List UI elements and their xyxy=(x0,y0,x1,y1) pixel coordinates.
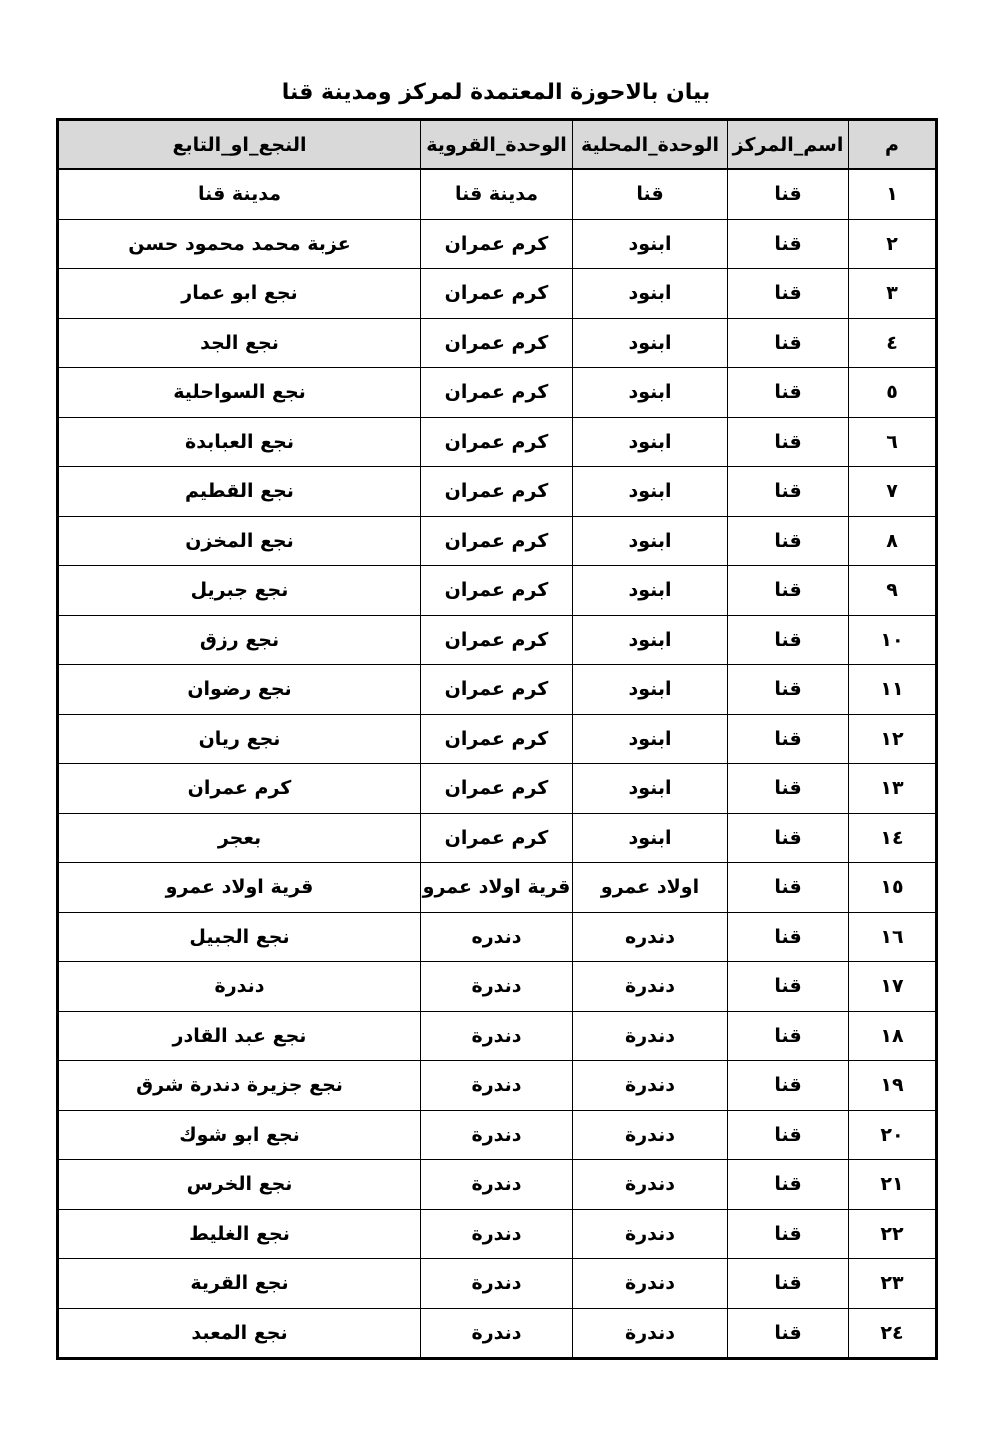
cell-m: ١٠ xyxy=(849,615,937,665)
cell-local-unit: دندرة xyxy=(573,1061,728,1111)
cell-village-unit: دندرة xyxy=(421,962,573,1012)
cell-village-unit: كرم عمران xyxy=(421,269,573,319)
cell-center: قنا xyxy=(728,1061,849,1111)
table-body: ١قناقنامدينة قنامدينة قنا٢قناابنودكرم عم… xyxy=(58,169,937,1359)
cell-hamlet: بعجر xyxy=(58,813,421,863)
cell-hamlet: نجع المخزن xyxy=(58,516,421,566)
cell-village-unit: دندرة xyxy=(421,1209,573,1259)
cell-center: قنا xyxy=(728,368,849,418)
cell-village-unit: دندرة xyxy=(421,1110,573,1160)
cell-m: ٦ xyxy=(849,417,937,467)
table-row: ١٤قناابنودكرم عمرانبعجر xyxy=(58,813,937,863)
table-row: ١٠قناابنودكرم عمراننجع رزق xyxy=(58,615,937,665)
table-row: ١٨قنادندرةدندرةنجع عبد القادر xyxy=(58,1011,937,1061)
header-local-unit: الوحدة_المحلية xyxy=(573,120,728,170)
cell-center: قنا xyxy=(728,169,849,219)
cell-m: ١٩ xyxy=(849,1061,937,1111)
cell-m: ٢٠ xyxy=(849,1110,937,1160)
cell-local-unit: ابنود xyxy=(573,318,728,368)
cell-m: ٢١ xyxy=(849,1160,937,1210)
cell-village-unit: كرم عمران xyxy=(421,615,573,665)
table-row: ٤قناابنودكرم عمراننجع الجد xyxy=(58,318,937,368)
table-row: ٢١قنادندرةدندرةنجع الخرس xyxy=(58,1160,937,1210)
cell-local-unit: ابنود xyxy=(573,813,728,863)
cell-m: ٤ xyxy=(849,318,937,368)
cell-m: ٩ xyxy=(849,566,937,616)
cell-local-unit: قنا xyxy=(573,169,728,219)
cell-local-unit: ابنود xyxy=(573,467,728,517)
table-row: ١قناقنامدينة قنامدينة قنا xyxy=(58,169,937,219)
cell-center: قنا xyxy=(728,665,849,715)
cell-village-unit: كرم عمران xyxy=(421,467,573,517)
cell-local-unit: دندرة xyxy=(573,1110,728,1160)
cell-center: قنا xyxy=(728,269,849,319)
hamlets-table: م اسم_المركز الوحدة_المحلية الوحدة_القرو… xyxy=(56,118,938,1360)
cell-village-unit: دندرة xyxy=(421,1308,573,1359)
cell-center: قنا xyxy=(728,912,849,962)
table-row: ٢٣قنادندرةدندرةنجع القرية xyxy=(58,1259,937,1309)
table-row: ٥قناابنودكرم عمراننجع السواحلية xyxy=(58,368,937,418)
cell-local-unit: ابنود xyxy=(573,764,728,814)
header-m: م xyxy=(849,120,937,170)
cell-center: قنا xyxy=(728,962,849,1012)
cell-local-unit: اولاد عمرو xyxy=(573,863,728,913)
cell-m: ١٥ xyxy=(849,863,937,913)
table-row: ٩قناابنودكرم عمراننجع جبريل xyxy=(58,566,937,616)
cell-village-unit: كرم عمران xyxy=(421,516,573,566)
document-title: بيان بالاحوزة المعتمدة لمركز ومدينة قنا xyxy=(0,76,992,110)
cell-village-unit: دندره xyxy=(421,912,573,962)
cell-m: ١١ xyxy=(849,665,937,715)
cell-m: ١٣ xyxy=(849,764,937,814)
header-row: م اسم_المركز الوحدة_المحلية الوحدة_القرو… xyxy=(58,120,937,170)
cell-hamlet: كرم عمران xyxy=(58,764,421,814)
cell-hamlet: نجع رزق xyxy=(58,615,421,665)
cell-center: قنا xyxy=(728,1209,849,1259)
cell-village-unit: كرم عمران xyxy=(421,714,573,764)
table-row: ١٦قنادندرهدندرهنجع الجبيل xyxy=(58,912,937,962)
cell-m: ٢٣ xyxy=(849,1259,937,1309)
cell-local-unit: ابنود xyxy=(573,219,728,269)
cell-center: قنا xyxy=(728,1308,849,1359)
cell-village-unit: دندرة xyxy=(421,1160,573,1210)
cell-hamlet: نجع جزيرة دندرة شرق xyxy=(58,1061,421,1111)
cell-hamlet: عزبة محمد محمود حسن xyxy=(58,219,421,269)
cell-local-unit: دندرة xyxy=(573,1209,728,1259)
cell-local-unit: ابنود xyxy=(573,615,728,665)
cell-center: قنا xyxy=(728,219,849,269)
cell-local-unit: دندرة xyxy=(573,1259,728,1309)
cell-m: ١٦ xyxy=(849,912,937,962)
cell-village-unit: كرم عمران xyxy=(421,368,573,418)
cell-village-unit: كرم عمران xyxy=(421,417,573,467)
table-row: ٨قناابنودكرم عمراننجع المخزن xyxy=(58,516,937,566)
cell-hamlet: نجع القطيم xyxy=(58,467,421,517)
cell-m: ١٢ xyxy=(849,714,937,764)
cell-center: قنا xyxy=(728,516,849,566)
header-village-unit: الوحدة_القروية xyxy=(421,120,573,170)
table-row: ١٢قناابنودكرم عمراننجع ريان xyxy=(58,714,937,764)
cell-local-unit: ابنود xyxy=(573,714,728,764)
table-row: ٢٠قنادندرةدندرةنجع ابو شوك xyxy=(58,1110,937,1160)
cell-center: قنا xyxy=(728,1160,849,1210)
cell-m: ٨ xyxy=(849,516,937,566)
cell-m: ١ xyxy=(849,169,937,219)
table-row: ١١قناابنودكرم عمراننجع رضوان xyxy=(58,665,937,715)
cell-local-unit: ابنود xyxy=(573,566,728,616)
cell-hamlet: قرية اولاد عمرو xyxy=(58,863,421,913)
table-row: ١٥قنااولاد عمروقرية اولاد عمروقرية اولاد… xyxy=(58,863,937,913)
cell-center: قنا xyxy=(728,417,849,467)
cell-center: قنا xyxy=(728,764,849,814)
table-row: ٧قناابنودكرم عمراننجع القطيم xyxy=(58,467,937,517)
cell-center: قنا xyxy=(728,1011,849,1061)
cell-village-unit: كرم عمران xyxy=(421,665,573,715)
cell-village-unit: كرم عمران xyxy=(421,764,573,814)
table-row: ١٣قناابنودكرم عمرانكرم عمران xyxy=(58,764,937,814)
cell-local-unit: دندرة xyxy=(573,1011,728,1061)
cell-m: ٢ xyxy=(849,219,937,269)
cell-hamlet: دندرة xyxy=(58,962,421,1012)
cell-village-unit: دندرة xyxy=(421,1011,573,1061)
cell-m: ٢٤ xyxy=(849,1308,937,1359)
cell-center: قنا xyxy=(728,467,849,517)
header-hamlet: النجع_او_التابع xyxy=(58,120,421,170)
header-center: اسم_المركز xyxy=(728,120,849,170)
cell-hamlet: نجع ريان xyxy=(58,714,421,764)
cell-village-unit: كرم عمران xyxy=(421,219,573,269)
cell-local-unit: دندرة xyxy=(573,1160,728,1210)
table-row: ١٩قنادندرةدندرةنجع جزيرة دندرة شرق xyxy=(58,1061,937,1111)
cell-center: قنا xyxy=(728,1110,849,1160)
cell-hamlet: نجع ابو شوك xyxy=(58,1110,421,1160)
cell-hamlet: نجع رضوان xyxy=(58,665,421,715)
table-row: ١٧قنادندرةدندرةدندرة xyxy=(58,962,937,1012)
cell-village-unit: قرية اولاد عمرو xyxy=(421,863,573,913)
table-row: ٣قناابنودكرم عمراننجع ابو عمار xyxy=(58,269,937,319)
cell-village-unit: كرم عمران xyxy=(421,566,573,616)
table-row: ٦قناابنودكرم عمراننجع العبابدة xyxy=(58,417,937,467)
cell-local-unit: دندرة xyxy=(573,962,728,1012)
cell-local-unit: دندره xyxy=(573,912,728,962)
table-row: ٢قناابنودكرم عمرانعزبة محمد محمود حسن xyxy=(58,219,937,269)
cell-m: ١٤ xyxy=(849,813,937,863)
cell-hamlet: مدينة قنا xyxy=(58,169,421,219)
cell-hamlet: نجع الغليط xyxy=(58,1209,421,1259)
cell-hamlet: نجع ابو عمار xyxy=(58,269,421,319)
cell-hamlet: نجع الخرس xyxy=(58,1160,421,1210)
cell-hamlet: نجع الجبيل xyxy=(58,912,421,962)
cell-village-unit: دندرة xyxy=(421,1061,573,1111)
cell-m: ٧ xyxy=(849,467,937,517)
cell-village-unit: مدينة قنا xyxy=(421,169,573,219)
table-row: ٢٢قنادندرةدندرةنجع الغليط xyxy=(58,1209,937,1259)
cell-local-unit: دندرة xyxy=(573,1308,728,1359)
cell-m: ٥ xyxy=(849,368,937,418)
cell-hamlet: نجع الجد xyxy=(58,318,421,368)
cell-local-unit: ابنود xyxy=(573,368,728,418)
cell-center: قنا xyxy=(728,566,849,616)
cell-local-unit: ابنود xyxy=(573,665,728,715)
cell-m: ١٨ xyxy=(849,1011,937,1061)
cell-local-unit: ابنود xyxy=(573,269,728,319)
cell-hamlet: نجع جبريل xyxy=(58,566,421,616)
cell-center: قنا xyxy=(728,615,849,665)
cell-hamlet: نجع العبابدة xyxy=(58,417,421,467)
cell-center: قنا xyxy=(728,1259,849,1309)
cell-center: قنا xyxy=(728,318,849,368)
cell-local-unit: ابنود xyxy=(573,516,728,566)
cell-center: قنا xyxy=(728,714,849,764)
cell-hamlet: نجع المعبد xyxy=(58,1308,421,1359)
cell-center: قنا xyxy=(728,863,849,913)
table-row: ٢٤قنادندرةدندرةنجع المعبد xyxy=(58,1308,937,1359)
cell-village-unit: كرم عمران xyxy=(421,318,573,368)
cell-hamlet: نجع القرية xyxy=(58,1259,421,1309)
cell-local-unit: ابنود xyxy=(573,417,728,467)
cell-hamlet: نجع السواحلية xyxy=(58,368,421,418)
cell-m: ٣ xyxy=(849,269,937,319)
cell-hamlet: نجع عبد القادر xyxy=(58,1011,421,1061)
cell-center: قنا xyxy=(728,813,849,863)
cell-village-unit: كرم عمران xyxy=(421,813,573,863)
cell-village-unit: دندرة xyxy=(421,1259,573,1309)
cell-m: ٢٢ xyxy=(849,1209,937,1259)
cell-m: ١٧ xyxy=(849,962,937,1012)
